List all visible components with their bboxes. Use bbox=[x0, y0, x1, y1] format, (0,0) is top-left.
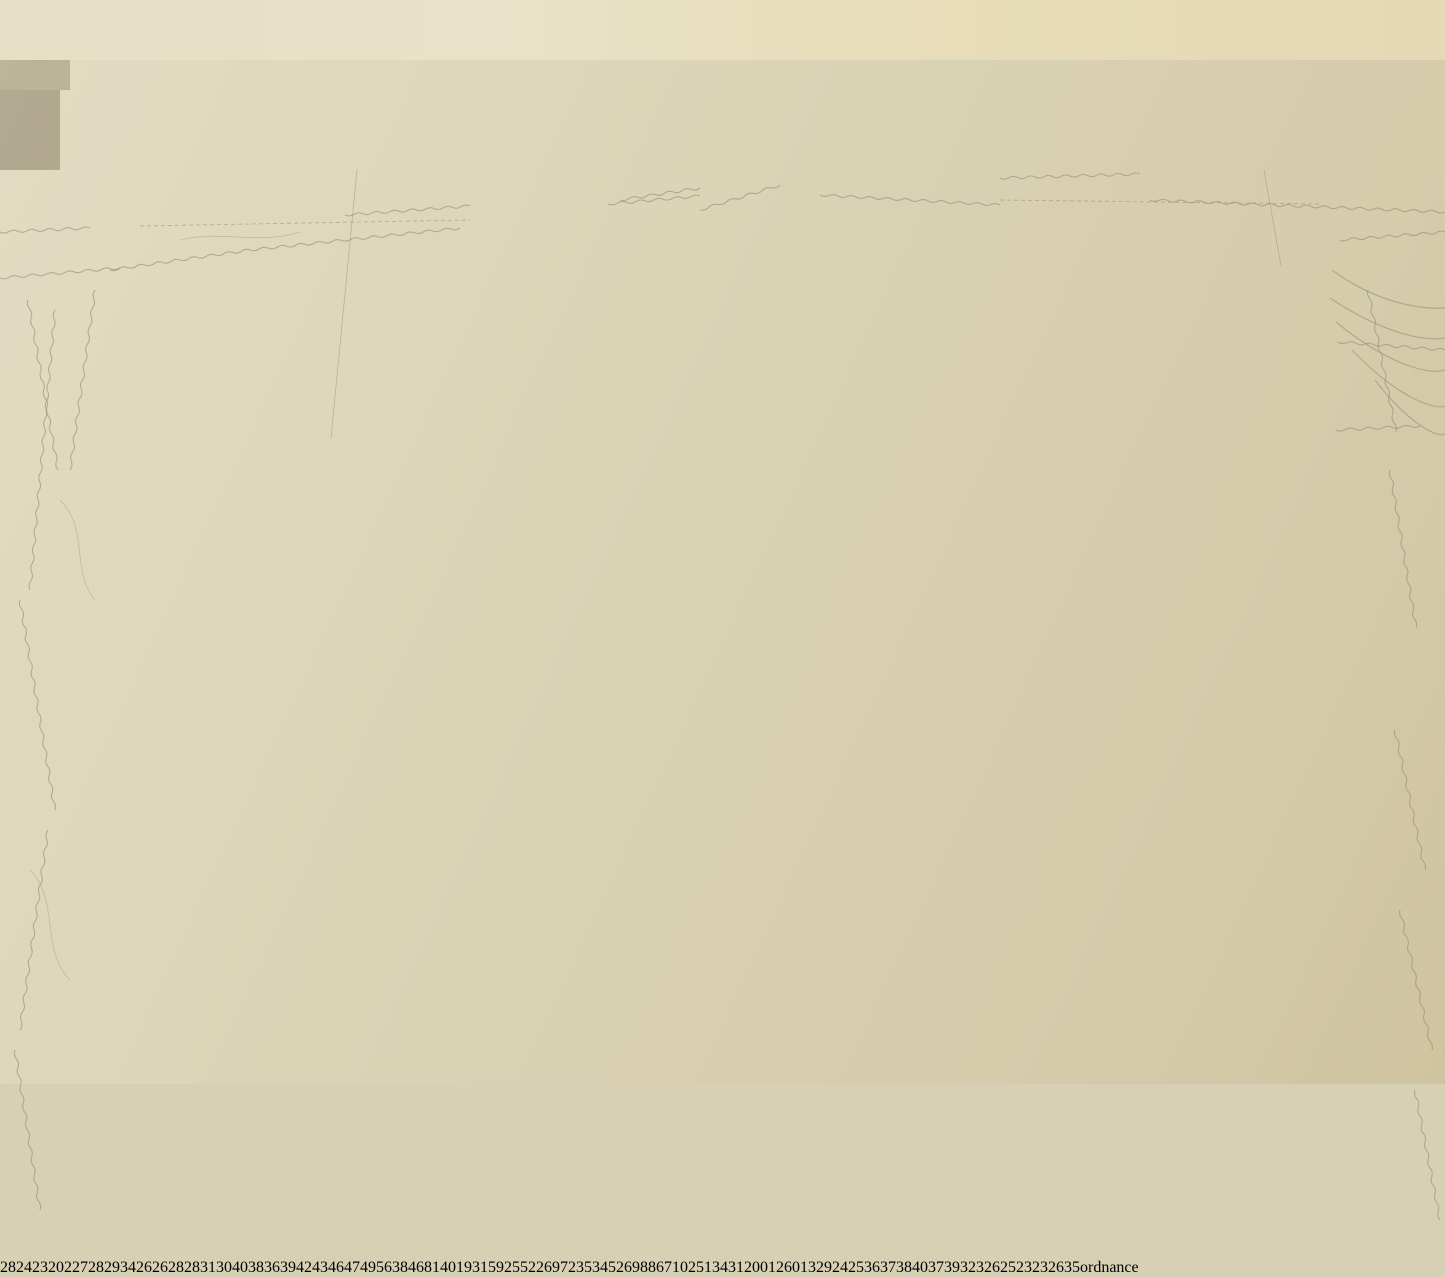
contour-line bbox=[1389, 470, 1416, 628]
contour-line bbox=[140, 220, 470, 226]
contour-line bbox=[345, 205, 470, 216]
contour-line bbox=[1367, 290, 1396, 432]
contour-line bbox=[110, 249, 250, 270]
contour-line bbox=[1000, 173, 1140, 179]
nautical-chart-background: 2824232022728293426262828313040383639424… bbox=[0, 0, 1445, 1084]
contour-line bbox=[700, 185, 780, 210]
contour-line bbox=[1332, 270, 1445, 308]
chart-top-strip bbox=[0, 0, 1445, 60]
contour-line bbox=[1336, 425, 1420, 431]
contour-line bbox=[250, 228, 460, 251]
photo-scene: 2824232022728293426262828313040383639424… bbox=[0, 0, 1445, 1084]
contour-line bbox=[1400, 910, 1433, 1050]
contour-line bbox=[1330, 298, 1445, 339]
contour-line bbox=[1338, 342, 1445, 351]
contour-line bbox=[1395, 730, 1426, 870]
contour-line bbox=[180, 232, 300, 240]
contour-line bbox=[331, 170, 357, 438]
chart-left-strip bbox=[0, 40, 120, 1084]
contour-line bbox=[1352, 350, 1445, 407]
contour-line bbox=[1340, 231, 1445, 241]
contour-line bbox=[820, 195, 1000, 206]
contour-line bbox=[1264, 170, 1281, 266]
chart-contour-lines bbox=[0, 170, 1445, 1084]
contour-line bbox=[1150, 199, 1445, 213]
